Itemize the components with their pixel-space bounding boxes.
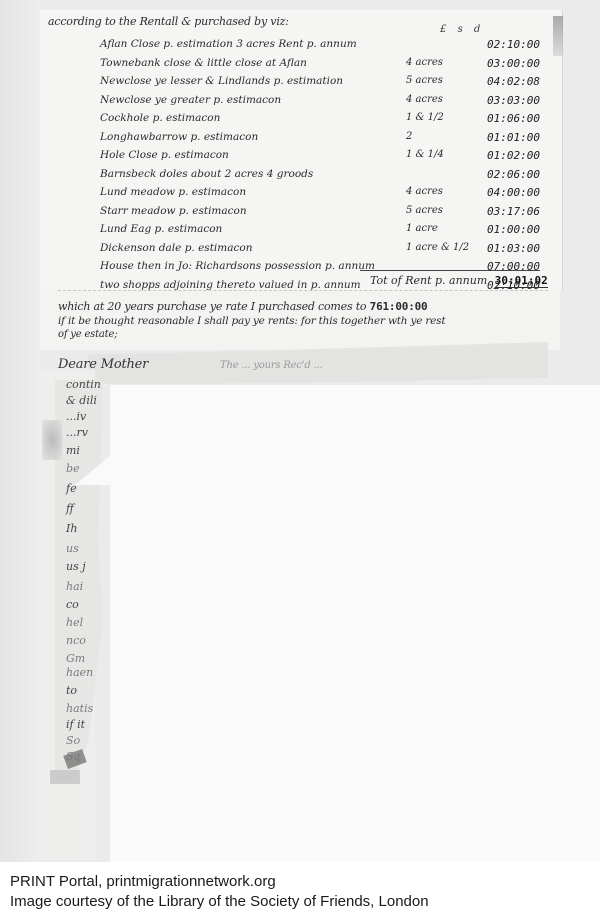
section-divider <box>58 290 548 291</box>
ledger-area: 1 acre & 1/2 <box>406 242 469 253</box>
total-rule <box>360 270 540 271</box>
ledger-total: Tot of Rent p. annum 30:01:02 <box>370 274 548 287</box>
rental-ledger: Aflan Close p. estimation 3 acres Rent p… <box>100 38 540 297</box>
ledger-item: Newclose ye lesser & Lindlands p. estima… <box>100 75 343 87</box>
shillings-heading: s <box>458 24 463 35</box>
ledger-amount: 01:01:00 <box>487 131 540 144</box>
letter-fragment: hatis <box>66 702 93 715</box>
ledger-item: Starr meadow p. estimacon <box>100 205 247 217</box>
ledger-item: Cockhole p. estimacon <box>100 112 220 124</box>
ledger-item: Aflan Close p. estimation 3 acres Rent p… <box>100 38 357 50</box>
ledger-area: 4 acres <box>406 94 443 105</box>
intro-line: according to the Rentall & purchased by … <box>48 15 289 28</box>
ledger-item: Lund meadow p. estimacon <box>100 186 246 198</box>
manuscript-scan: according to the Rentall & purchased by … <box>0 0 600 862</box>
pounds-heading: £ <box>440 24 446 35</box>
letter-faded-text: The ... yours Rec'd ... <box>220 360 322 371</box>
letter-fragment: us j <box>66 560 86 573</box>
ledger-amount: 01:06:00 <box>487 112 540 125</box>
ledger-area: 4 acres <box>406 57 443 68</box>
purchase-text: which at 20 years purchase ye rate I pur… <box>58 300 366 313</box>
ledger-area: 4 acres <box>406 186 443 197</box>
ledger-item: Dickenson dale p. estimacon <box>100 242 252 254</box>
payment-line: if it be thought reasonable I shall pay … <box>58 315 445 327</box>
letter-fragment: ...rv <box>66 426 88 439</box>
ledger-item: Barnsbeck doles about 2 acres 4 groods <box>100 168 313 180</box>
ledger-amount: 02:06:00 <box>487 168 540 181</box>
ledger-item: Hole Close p. estimacon <box>100 149 229 161</box>
ledger-item: Newclose ye greater p. estimacon <box>100 94 281 106</box>
scan-background-shade <box>0 0 40 862</box>
letter-fragment: ff <box>66 502 74 515</box>
letter-fragment: Ih <box>66 522 77 535</box>
estate-line: of ye estate; <box>58 329 117 340</box>
letter-fragment: us <box>66 542 79 555</box>
caption-credit: Image courtesy of the Library of the Soc… <box>10 892 429 912</box>
ledger-amount: 03:00:00 <box>487 57 540 70</box>
letter-fragment: hai <box>66 580 83 593</box>
ledger-row: Longhawbarrow p. estimacon201:01:00 <box>100 131 540 150</box>
paper-stain <box>50 770 80 784</box>
ledger-item: Lund Eag p. estimacon <box>100 223 222 235</box>
ledger-amount: 02:10:00 <box>487 38 540 51</box>
total-value: 30:01:02 <box>495 274 548 288</box>
letter-fragment: mi <box>66 444 80 457</box>
ledger-amount: 01:00:00 <box>487 223 540 236</box>
letter-fragment: hel <box>66 616 83 629</box>
ledger-row: Cockhole p. estimacon1 & 1/201:06:00 <box>100 112 540 131</box>
pence-heading: d <box>474 24 480 35</box>
ledger-item: Townebank close & little close at Aflan <box>100 57 307 69</box>
ledger-amount: 04:02:08 <box>487 75 540 88</box>
ledger-area: 5 acres <box>406 205 443 216</box>
ledger-amount: 01:03:00 <box>487 242 540 255</box>
letter-fragment: ...iv <box>66 410 86 423</box>
ledger-row: Newclose ye lesser & Lindlands p. estima… <box>100 75 540 94</box>
ledger-row: Newclose ye greater p. estimacon4 acres0… <box>100 94 540 113</box>
letter-fragment: co <box>66 598 79 611</box>
letter-fragment: & dili <box>66 394 97 407</box>
ledger-row: Townebank close & little close at Aflan4… <box>100 57 540 76</box>
total-label: Tot of Rent p. annum <box>370 274 487 287</box>
ledger-item: House then in Jo: Richardsons possession… <box>100 260 375 272</box>
letter-fragment: So <box>66 734 80 747</box>
letter-fragment: to <box>66 684 77 697</box>
ledger-area: 1 & 1/2 <box>406 112 444 123</box>
ledger-area: 5 acres <box>406 75 443 86</box>
ledger-amount: 01:02:00 <box>487 149 540 162</box>
ledger-amount: 03:03:00 <box>487 94 540 107</box>
ledger-row: Starr meadow p. estimacon5 acres03:17:06 <box>100 205 540 224</box>
ledger-area: 2 <box>406 131 412 142</box>
image-caption: PRINT Portal, printmigrationnetwork.org … <box>10 872 429 912</box>
paper-edge-stain <box>553 16 563 56</box>
letter-salutation: Deare Mother <box>58 357 148 372</box>
ledger-area: 1 acre <box>406 223 438 234</box>
letter-fragment: Sq <box>66 750 81 763</box>
ledger-amount: 04:00:00 <box>487 186 540 199</box>
ledger-area: 1 & 1/4 <box>406 149 444 160</box>
letter-fragment: fe <box>66 482 77 495</box>
ledger-row: Lund Eag p. estimacon1 acre01:00:00 <box>100 223 540 242</box>
purchase-line: which at 20 years purchase ye rate I pur… <box>58 300 427 313</box>
ink-smudge <box>42 420 62 460</box>
ledger-row: Hole Close p. estimacon1 & 1/401:02:00 <box>100 149 540 168</box>
ledger-item: two shopps adjoining thereto valued in p… <box>100 279 361 291</box>
caption-source: PRINT Portal, printmigrationnetwork.org <box>10 872 429 892</box>
letter-fragment: be <box>66 462 80 475</box>
ledger-row: Lund meadow p. estimacon4 acres04:00:00 <box>100 186 540 205</box>
ledger-row: Aflan Close p. estimation 3 acres Rent p… <box>100 38 540 57</box>
letter-fragment: contin <box>66 378 101 391</box>
ledger-row: Dickenson dale p. estimacon1 acre & 1/20… <box>100 242 540 261</box>
purchase-value: 761:00:00 <box>370 300 428 313</box>
missing-paper-area <box>110 385 600 862</box>
ledger-amount: 03:17:06 <box>487 205 540 218</box>
currency-header: £ s d <box>440 24 480 35</box>
letter-fragment: Gm <box>66 652 85 665</box>
letter-fragment: nco <box>66 634 86 647</box>
ledger-row: Barnsbeck doles about 2 acres 4 groods02… <box>100 168 540 187</box>
ledger-amount: 07:00:00 <box>487 260 540 273</box>
letter-fragment: haen <box>66 666 93 679</box>
letter-fragment: if it <box>66 718 85 731</box>
ledger-item: Longhawbarrow p. estimacon <box>100 131 258 143</box>
